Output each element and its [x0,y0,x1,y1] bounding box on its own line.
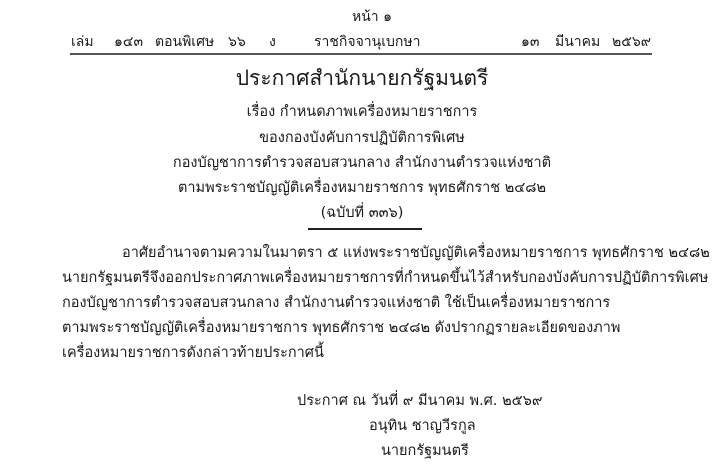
edition-number: (ฉบับที่ ๓๓๖) [0,201,724,224]
body-line: อาศัยอำนาจตามความในมาตรา ๕ แห่งพระราชบัญ… [122,241,710,264]
volume-label: เล่ม [71,31,94,53]
announcement-date: ประกาศ ณ วันที่ ๙ มีนาคม พ.ศ. ๒๕๖๙ [297,389,542,412]
body-line: กองบัญชาการตำรวจสอบสวนกลาง สำนักงานตำรวจ… [62,291,610,314]
signatory-position: นายกรัฐมนตรี [381,439,469,462]
subject-line: ของกองบังคับการปฏิบัติการพิเศษ [0,126,724,149]
section-label: ตอนพิเศษ [155,31,214,53]
subject-line: ตามพระราชบัญญัติเครื่องหมายราชการ พุทธศั… [0,176,724,199]
body-line: นายกรัฐมนตรีจึงออกประกาศภาพเครื่องหมายรา… [62,266,708,289]
header-divider [70,53,652,55]
title-divider [308,228,422,230]
body-line: ตามพระราชบัญญัติเครื่องหมายราชการ พุทธศั… [62,316,620,339]
subject-line: เรื่อง กำหนดภาพเครื่องหมายราชการ [0,100,724,123]
date-day: ๑๓ [521,31,539,53]
page-number: หน้า ๑ [0,6,724,28]
gazette-name: ราชกิจจานุเบกษา [314,31,420,53]
document-title: ประกาศสำนักนายกรัฐมนตรี [0,62,724,95]
signatory-name: อนุทิน ชาญวีรกูล [369,414,476,437]
volume-number: ๑๔๓ [114,31,143,53]
subject-line: กองบัญชาการตำรวจสอบสวนกลาง สำนักงานตำรวจ… [0,151,724,174]
date-year: ๒๕๖๙ [612,31,651,53]
section-number: ๖๖ [228,31,246,53]
section-letter: ง [269,31,276,53]
body-line: เครื่องหมายราชการดังกล่าวท้ายประกาศนี้ [62,341,324,364]
date-month: มีนาคม [555,31,600,53]
